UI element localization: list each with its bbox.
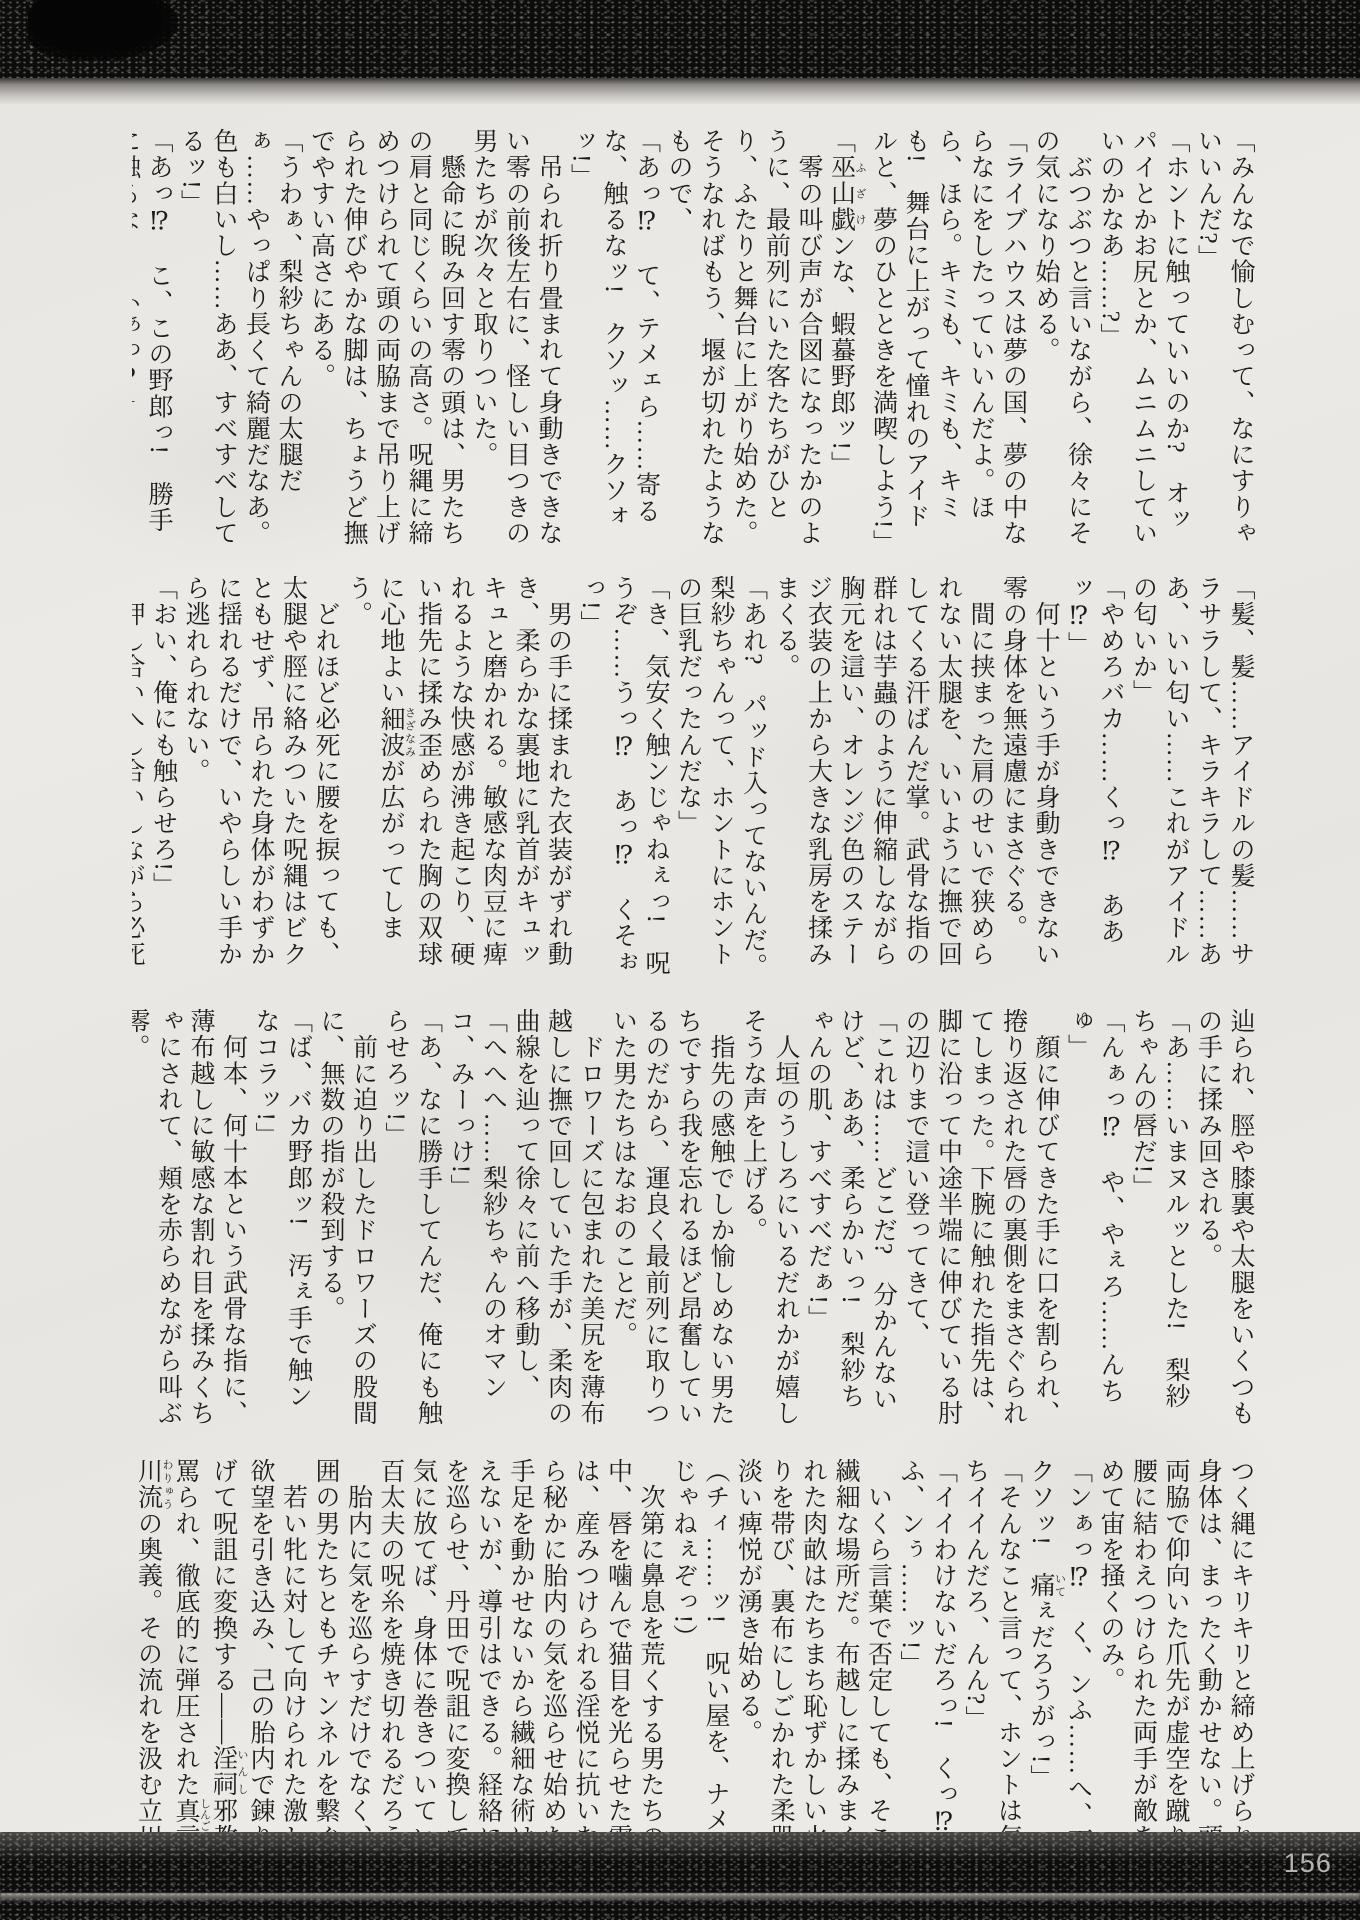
paragraph: 若い牝に対して向けられた激しい欲望を引き込み、己の胎内で錬り上げて呪詛に変換する… — [132, 1458, 309, 1882]
paragraph: 次第に鼻息を荒くする男たちの中、唇を噛んで猫目を光らせた零は、産みつけられる淫悦… — [374, 1458, 667, 1882]
paragraph: 懸命に睨み回す零の頭は、男たちの肩と同じくらいの高さ。呪縄に締めつけられて頭の両… — [304, 128, 467, 548]
paragraph: 吊られ折り畳まれて身動きできない零の前後左右に、怪しい目つきの男たちが次々と取り… — [467, 128, 565, 548]
paragraph: 「あっ⁉ て、テメェら……寄るな、触るなッ! クソッ……クソォッ!」 — [564, 128, 662, 548]
paragraph: 「やめろバカ……くっ⁉ ああッ⁉」 — [1061, 575, 1126, 990]
paragraph: 零の叫び声が合図になったかのように、最前列にいた客たちがひとり、ふたりと舞台に上… — [662, 128, 825, 548]
paragraph: 「これは……どこだ? 分かんないけど、ああ、柔らかいっ! 梨紗ちゃんの肌、すべす… — [801, 1008, 899, 1428]
paragraph: 「ば、バカ野郎ッ! 汚ぇ手で触ンなコラッ!」 — [249, 1008, 314, 1428]
page-number: 156 — [1284, 1848, 1332, 1879]
paragraph: 「イイわけないだろっ! くっ⁉ ふ、ンぅ……ッ!」 — [894, 1458, 959, 1882]
text-band-1: 「みんなで愉しむって、なにすりゃいいんだ?」「ホントに触っていいのか? オッパイ… — [132, 128, 1256, 548]
novel-page: { "page": { "number": "156", "bands": [ … — [0, 0, 1360, 1920]
paragraph: 指先の感触でしか愉しめない男たちですら我を忘れるほど昂奮しているのだから、運良く… — [606, 1008, 736, 1428]
paragraph: いくら言葉で否定しても、そこは繊細な場所だ。布越しに揉みまくられた肉畝はたちまち… — [731, 1458, 894, 1882]
paragraph: 男の手に揉まれた衣装がずれ動き、柔らかな裏地に乳首がキュッキュと磨かれる。敏感な… — [341, 575, 574, 990]
paragraph: ぶつぶつと言いながら、徐々にその気になり始める。 — [1029, 128, 1094, 548]
ink-blob — [28, 0, 178, 60]
paragraph: 「ンぁっ⁉ く、ンふ……へ、下手クソッ! 痛いてぇだろうがっ!」 — [1024, 1458, 1094, 1882]
paragraph: 「あっ⁉ こ、この野郎っ! 勝手に触るな……ふぁっ⁉」 — [132, 128, 174, 548]
paragraph: どれほど必死に腰を捩っても、太腿や脛に絡みついた呪縄はビクともせず、吊られた身体… — [179, 575, 342, 990]
paragraph: 「あ、なに勝手してんだ、俺にも触らせろッ!」 — [379, 1008, 444, 1428]
paragraph: 「巫山戯ふざけンな、蝦蟇野郎ッ!」 — [824, 128, 866, 548]
bottom-border-crack — [0, 1893, 1360, 1902]
paragraph: 「あ……いまヌルッとした! 梨紗ちゃんの唇だ!」 — [1126, 1008, 1191, 1428]
text-band-3: 辿られ、脛や膝裏や太腿をいくつもの手に揉み回される。「あ……いまヌルッとした! … — [132, 1008, 1256, 1428]
paragraph: 胎内に気を巡らすだけでなく、周囲の男たちともチャンネルを繋ぐ。 — [309, 1458, 374, 1882]
paragraph: 間に挟まった肩のせいで狭められない太腿を、いいように撫で回してくる汗ばんだ掌。武… — [769, 575, 997, 990]
paragraph: 何本、何十本という武骨な指に、薄布越しに敏感な割れ目を揉みくちゃにされて、頬を赤… — [132, 1008, 249, 1428]
paragraph: 何十という手が身動きできない零の身体を無遠慮にまさぐる。 — [996, 575, 1061, 990]
paragraph: 「へへへ……梨紗ちゃんのオマンコ、みーっけ!」 — [444, 1008, 509, 1428]
paragraph: 「そんなこと言って、ホントは気持ちイイんだろ、んん?」 — [959, 1458, 1024, 1882]
paragraph: 「うわぁ、梨紗ちゃんの太腿だぁ……やっぱり長くて綺麗だなあ。色も白いし……ああ、… — [174, 128, 304, 548]
paragraph: 前に迫り出したドロワーズの股間に、無数の指が殺到する。 — [314, 1008, 379, 1428]
paragraph: 「ホントに触っていいのか? オッパイとかお尻とか、ムニムニしていいのかなあ……?… — [1094, 128, 1192, 548]
paragraph: 「んぁっ⁉ や、やぇろ……んちゅ」 — [1061, 1008, 1126, 1428]
top-border-texture — [0, 0, 1360, 78]
paragraph: つく縄にキリキリと締め上げられた身体は、まったく動かせない。頭の両脇で仰向いた爪… — [1094, 1458, 1257, 1882]
paragraph: 「みんなで愉しむって、なにすりゃいいんだ?」 — [1191, 128, 1256, 548]
paragraph: 顔に伸びてきた手に口を割られ、捲り返された唇の裏側をまさぐられてしまった。下腕に… — [899, 1008, 1062, 1428]
paragraph: 「髪、髪……アイドルの髪……サラサラして、キラキラして……ああ、いい匂い……これ… — [1126, 575, 1256, 990]
paragraph: 「あれ? パッド入ってないんだ。梨紗ちゃんって、ホントにホントの巨乳だったんだな… — [671, 575, 769, 990]
bottom-border-shade — [0, 1832, 1360, 1862]
paragraph: （チィ……ッ! 呪い屋を、ナメんじゃねぇぞっ!） — [666, 1458, 731, 1882]
text-band-2: 「髪、髪……アイドルの髪……サラサラして、キラキラして……ああ、いい匂い……これ… — [132, 575, 1256, 990]
paragraph: 押し合いへし合いしながら必死に腕を伸ばす男たちは、アイドルの身体ならどこに触れて… — [132, 575, 146, 990]
paragraph: ドロワーズに包まれた美尻を薄布越しに撫で回していた手が、柔肉の曲線を辿って徐々に… — [509, 1008, 607, 1428]
top-border-edge — [0, 78, 1360, 104]
paragraph: 「き、気安く触ンじゃねぇっ! 呪うぞ……うっ⁉ あっ⁉ くそぉっ!」 — [574, 575, 672, 990]
paragraph: 辿られ、脛や膝裏や太腿をいくつもの手に揉み回される。 — [1191, 1008, 1256, 1428]
paragraph: 「おい、俺にも触らせろ!」 — [146, 575, 179, 990]
paragraph: 人垣のうしろにいるだれかが嬉しそうな声を上げる。 — [736, 1008, 801, 1428]
text-band-4: つく縄にキリキリと締め上げられた身体は、まったく動かせない。頭の両脇で仰向いた爪… — [132, 1458, 1256, 1882]
paragraph: 「ライブハウスは夢の国、夢の中ならなにをしたっていいんだよ。ほら、ほら。キミも、… — [866, 128, 1029, 548]
